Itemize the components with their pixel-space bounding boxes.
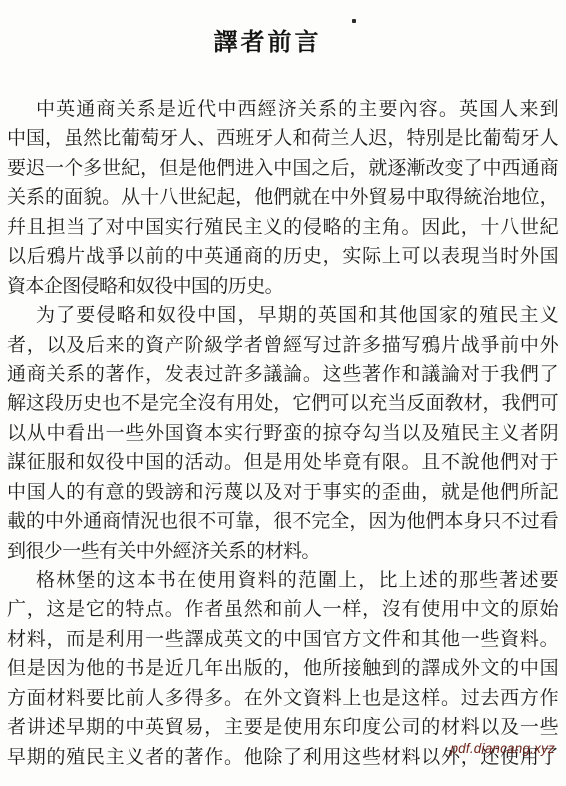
text-line: 以后鴉片战爭以前的中英通商的历史，实际上可以表現当时外国 xyxy=(7,242,558,271)
text-line: 中英通商关系是近代中西經济关系的主要內容。英国人来到 xyxy=(7,95,558,124)
paragraph: 为了要侵略和奴役中国，早期的英国和其他国家的殖民主义 者，以及后来的資产阶級学者… xyxy=(7,301,558,566)
text-line: 幷且担当了对中国实行殖民主义的侵略的主角。因此，十八世紀 xyxy=(7,213,558,242)
scanned-book-page: 譯者前言 中英通商关系是近代中西經济关系的主要內容。英国人来到 中国，虽然比葡萄… xyxy=(0,0,566,786)
text-line: 广，这是它的特点。作者虽然和前人一样，沒有使用中文的原始 xyxy=(7,595,558,624)
body-text: 中英通商关系是近代中西經济关系的主要內容。英国人来到 中国，虽然比葡萄牙人、西班… xyxy=(7,95,558,772)
text-line: 者讲述早期的中英貿易，主要是使用东印度公司的材料以及一些 xyxy=(7,713,558,742)
text-line: 但是因为他的书是近几年出版的，他所接触到的譯成外文的中国 xyxy=(7,654,558,683)
watermark: pdf.diancang.xyz xyxy=(450,741,555,756)
text-line: 通商关系的著作，发表过許多議論。这些著作和議論对于我們了 xyxy=(7,360,558,389)
page-title: 譯者前言 xyxy=(7,29,528,57)
text-line: 方面材料要比前人多得多。在外文資料上也是这样。过去西方作 xyxy=(7,684,558,713)
text-line: 載的中外通商情況也很不可靠，很不完全，因为他們本身只不过看 xyxy=(7,507,558,536)
text-line: 以从中看出一些外国資本实行野蛮的掠夺勾当以及殖民主义者阴 xyxy=(7,419,558,448)
text-line: 格林堡的这本书在使用資料的范圍上，比上述的那些著述要 xyxy=(7,566,558,595)
text-line: 中国人的有意的毁謗和污蔑以及对于事实的歪曲，就是他們所記 xyxy=(7,478,558,507)
text-line: 解这段历史也不是完全沒有用处，它們可以充当反面敎材，我們可 xyxy=(7,389,558,418)
text-line: 关系的面貌。从十八世紀起，他們就在中外貿易中取得統治地位， xyxy=(7,183,558,212)
ink-speck xyxy=(352,19,356,23)
text-line: 材料，而是利用一些譯成英文的中国官方文件和其他一些資料。 xyxy=(7,625,558,654)
text-line: 为了要侵略和奴役中国，早期的英国和其他国家的殖民主义 xyxy=(7,301,558,330)
text-line: 要迟一个多世紀，但是他們进入中国之后，就逐漸改变了中西通商 xyxy=(7,154,558,183)
text-line: 中国，虽然比葡萄牙人、西班牙人和荷兰人迟，特別是比葡萄牙人 xyxy=(7,124,558,153)
text-line: 者，以及后来的資产阶級学者曾經写过許多描写鴉片战爭前中外 xyxy=(7,331,558,360)
text-line: 謀征服和奴役中国的活动。但是用处毕竟有限。且不說他們对于 xyxy=(7,448,558,477)
text-line: 到很少一些有关中外經济关系的材料。 xyxy=(7,537,558,566)
text-line: 資本企图侵略和奴役中国的历史。 xyxy=(7,272,558,301)
paragraph: 中英通商关系是近代中西經济关系的主要內容。英国人来到 中国，虽然比葡萄牙人、西班… xyxy=(7,95,558,301)
